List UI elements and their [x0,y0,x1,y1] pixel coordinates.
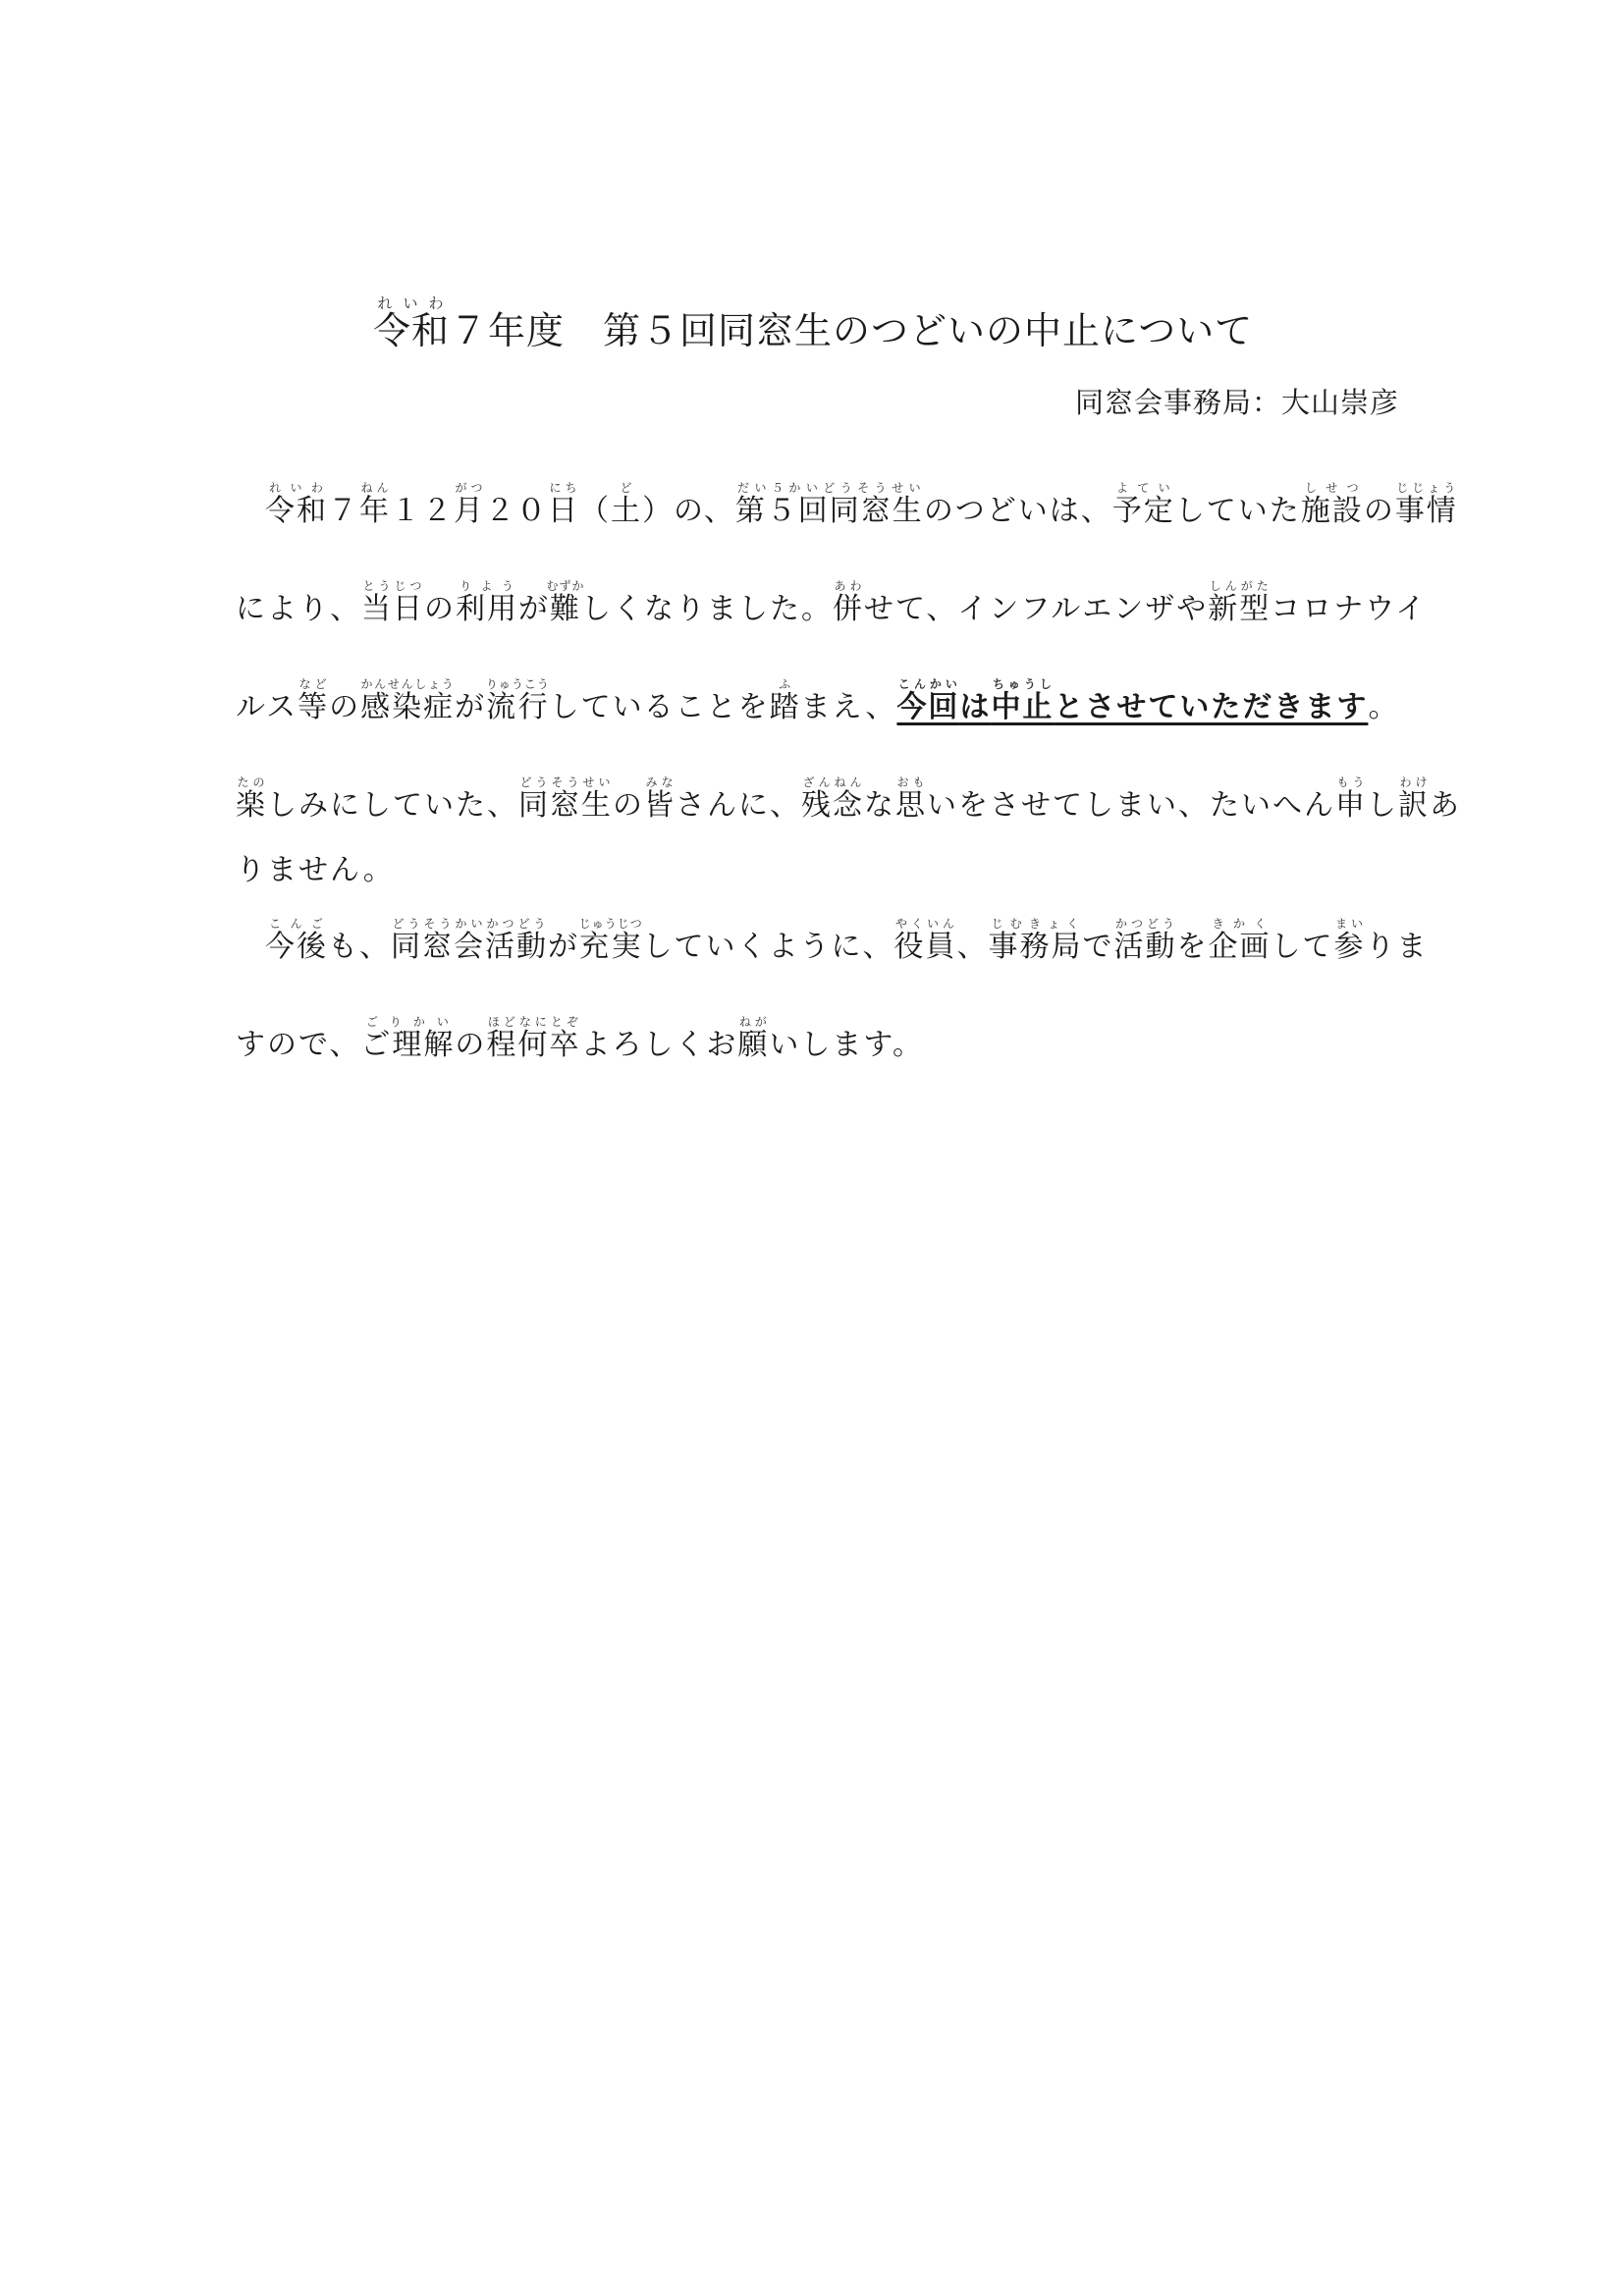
furigana: れいわ [265,481,328,495]
text-segment: ）の、 [642,494,735,528]
ruby-word: 今回こんかい [896,690,959,724]
text-segment: を [1177,930,1209,964]
furigana: とうじつ [361,579,424,593]
ruby-word: 程何卒ほどなにとぞ [486,1028,580,1062]
text-segment: が [455,690,486,724]
text-segment: の [329,690,360,724]
paragraph1-line3: ルス等などの感染症かんせんしょうが流行りゅうこうしていることを踏ふまえ、今回こん… [236,677,1394,726]
furigana: たの [236,775,267,789]
text-segment: が [548,930,579,964]
ruby-word: 参まい [1334,930,1366,964]
paragraph2-line1: 今後こんごも、同窓会活動どうそうかいかつどうが充実じゅうじつしていくように、役員… [236,917,1394,966]
furigana: じむきょく [989,917,1083,931]
ruby-word: 年ねん [359,494,391,528]
document-page: 令和れいわ７年度 第５回同窓生のつどいの中止について 同窓会事務局：大山崇彦 令… [0,0,1623,2296]
furigana: じじょう [1395,481,1458,495]
paragraph2-line2: すので、ご理解ごりかいの程何卒ほどなにとぞよろしくお願ねがいします。 [236,1015,1394,1064]
text-segment: すので、 [236,1028,360,1062]
furigana: しんがた [1208,579,1271,593]
text-segment: とさせていただきます [1054,690,1368,724]
furigana: りよう [456,579,518,593]
title-text: ７年度 第５回同窓生のつどいの中止について [450,309,1253,352]
furigana: どうそうせい [518,775,613,789]
text-segment: の [424,592,456,626]
text-segment: の [455,1028,486,1062]
text-segment: の [1364,494,1395,528]
furigana: まい [1334,917,1366,931]
ruby-word: 難むずか [550,592,581,626]
furigana: など [298,677,329,691]
text-segment: しくなりました。 [581,592,833,626]
furigana: よてい [1112,481,1175,495]
ruby-word: 第５回同窓生だい５かいどうそうせい [735,494,924,528]
ruby-word: 企画きかく [1209,930,1271,964]
text-segment: よろしくお [580,1028,737,1062]
text-segment: の [613,788,644,823]
furigana: わけ [1398,775,1430,789]
text-segment: していることを [550,690,770,724]
text-segment: な [864,788,895,823]
title-ruby-reading: れいわ [373,294,450,312]
paragraph1-line5: りません。 [236,846,1394,895]
furigana: こんご [265,917,328,931]
text-segment: 、 [957,930,989,964]
text-segment: コロナウイ [1271,592,1427,626]
ruby-word: 事務局じむきょく [989,930,1083,964]
ruby-word: 月がつ [454,494,485,528]
paragraph1-line1: 令和れいわ７年ねん１２月がつ２０日にち（土ど）の、第５回同窓生だい５かいどうそう… [236,481,1394,530]
furigana: むずか [547,579,585,593]
ruby-word: ご理解ごりかい [360,1028,455,1062]
furigana: ちゅうし [991,677,1054,691]
cancellation-emphasis: 今回こんかいは中止ちゅうしとさせていただきます [896,690,1368,724]
text-segment: し [1367,788,1398,823]
furigana: あわ [833,579,864,593]
ruby-word: 楽たの [236,788,267,823]
text-segment: して [1271,930,1334,964]
ruby-word: 流行りゅうこう [486,690,550,724]
ruby-word: 同窓会活動どうそうかいかつどう [391,930,548,964]
text-segment: ルス [236,690,298,724]
ruby-word: 同窓生どうそうせい [518,788,613,823]
text-segment: していくように、 [643,930,894,964]
sender-line: 同窓会事務局：大山崇彦 [1075,383,1399,422]
ruby-word: 皆みな [644,788,676,823]
ruby-word: 訳わけ [1398,788,1430,823]
text-segment: のつどいは、 [924,494,1112,528]
furigana: どうそうかいかつどう [391,917,548,931]
furigana: やくいん [894,917,957,931]
ruby-word: 思おも [895,788,927,823]
ruby-word: 今後こんご [265,930,328,964]
furigana: きかく [1209,917,1271,931]
text-segment: りま [1366,930,1429,964]
furigana: かんせんしょう [360,677,455,691]
text-segment: していた [1175,494,1301,528]
text-segment: しみにしていた、 [267,788,518,823]
text-segment: により、 [236,592,361,626]
ruby-word: 踏ふ [770,690,801,724]
ruby-word: 併あわ [833,592,864,626]
ruby-word: 日にち [548,494,579,528]
ruby-word: 土ど [611,494,642,528]
paragraph1-line2: により、当日とうじつの利用りようが難むずかしくなりました。併あわせて、インフルエ… [236,579,1394,628]
ruby-word: 事情じじょう [1395,494,1458,528]
furigana: ざんねん [801,775,864,789]
text-segment: （ [579,494,611,528]
ruby-word: 活動かつどう [1114,930,1177,964]
furigana: だい５かいどうそうせい [735,481,924,495]
ruby-word: 役員やくいん [894,930,957,964]
title-ruby-base: 令和 [373,309,450,352]
text-segment: ２０ [485,494,548,528]
furigana: おも [895,775,927,789]
furigana: もう [1335,775,1367,789]
ruby-word: 充実じゅうじつ [579,930,643,964]
furigana: ほどなにとぞ [486,1015,580,1029]
furigana: りゅうこう [486,677,550,691]
text-segment: も、 [328,930,391,964]
ruby-word: 申もう [1335,788,1367,823]
ruby-word: 予定よてい [1112,494,1175,528]
text-segment: ７ [328,494,359,528]
ruby-word: 中止ちゅうし [991,690,1054,724]
text-segment: まえ、 [801,690,897,724]
text-segment: は [959,690,991,724]
ruby-word: 等など [298,690,329,724]
ruby-word: 願ねが [737,1028,769,1062]
furigana: こんかい [896,677,959,691]
line3-lead: ルス等などの感染症かんせんしょうが流行りゅうこうしていることを踏ふまえ、 [236,690,896,724]
text-segment: いします。 [769,1028,924,1062]
ruby-word: 当日とうじつ [361,592,424,626]
furigana: じゅうじつ [579,917,643,931]
furigana: ねが [737,1015,769,1029]
text-segment: さんに、 [676,788,801,823]
ruby-word: 令和れいわ [265,494,328,528]
furigana: かつどう [1114,917,1177,931]
document-title: 令和れいわ７年度 第５回同窓生のつどいの中止について [373,294,1253,360]
ruby-word: 感染症かんせんしょう [360,690,455,724]
furigana: がつ [454,481,485,495]
line3-end: 。 [1368,690,1399,724]
ruby-word: 残念ざんねん [801,788,864,823]
furigana: にち [548,481,579,495]
ruby-word: 新型しんがた [1208,592,1271,626]
furigana: みな [644,775,676,789]
title-ruby: 令和れいわ [373,309,450,352]
furigana: ふ [770,677,801,691]
furigana: ど [611,481,642,495]
ruby-word: 施設しせつ [1301,494,1364,528]
furigana: ごりかい [360,1015,455,1029]
text-segment: が [518,592,550,626]
ruby-word: 利用りよう [456,592,518,626]
text-segment: あ [1430,788,1461,823]
document-body: 令和れいわ７年ねん１２月がつ２０日にち（土ど）の、第５回同窓生だい５かいどうそう… [236,481,1394,1064]
text-segment: いをさせてしまい、たいへん [927,788,1335,823]
text-segment: で [1083,930,1114,964]
furigana: しせつ [1301,481,1364,495]
text-segment: せて、インフルエンザや [864,592,1208,626]
text-segment: １２ [391,494,454,528]
paragraph1-line4: 楽たのしみにしていた、同窓生どうそうせいの皆みなさんに、残念ざんねんな思おもいを… [236,775,1394,825]
furigana: ねん [359,481,391,495]
